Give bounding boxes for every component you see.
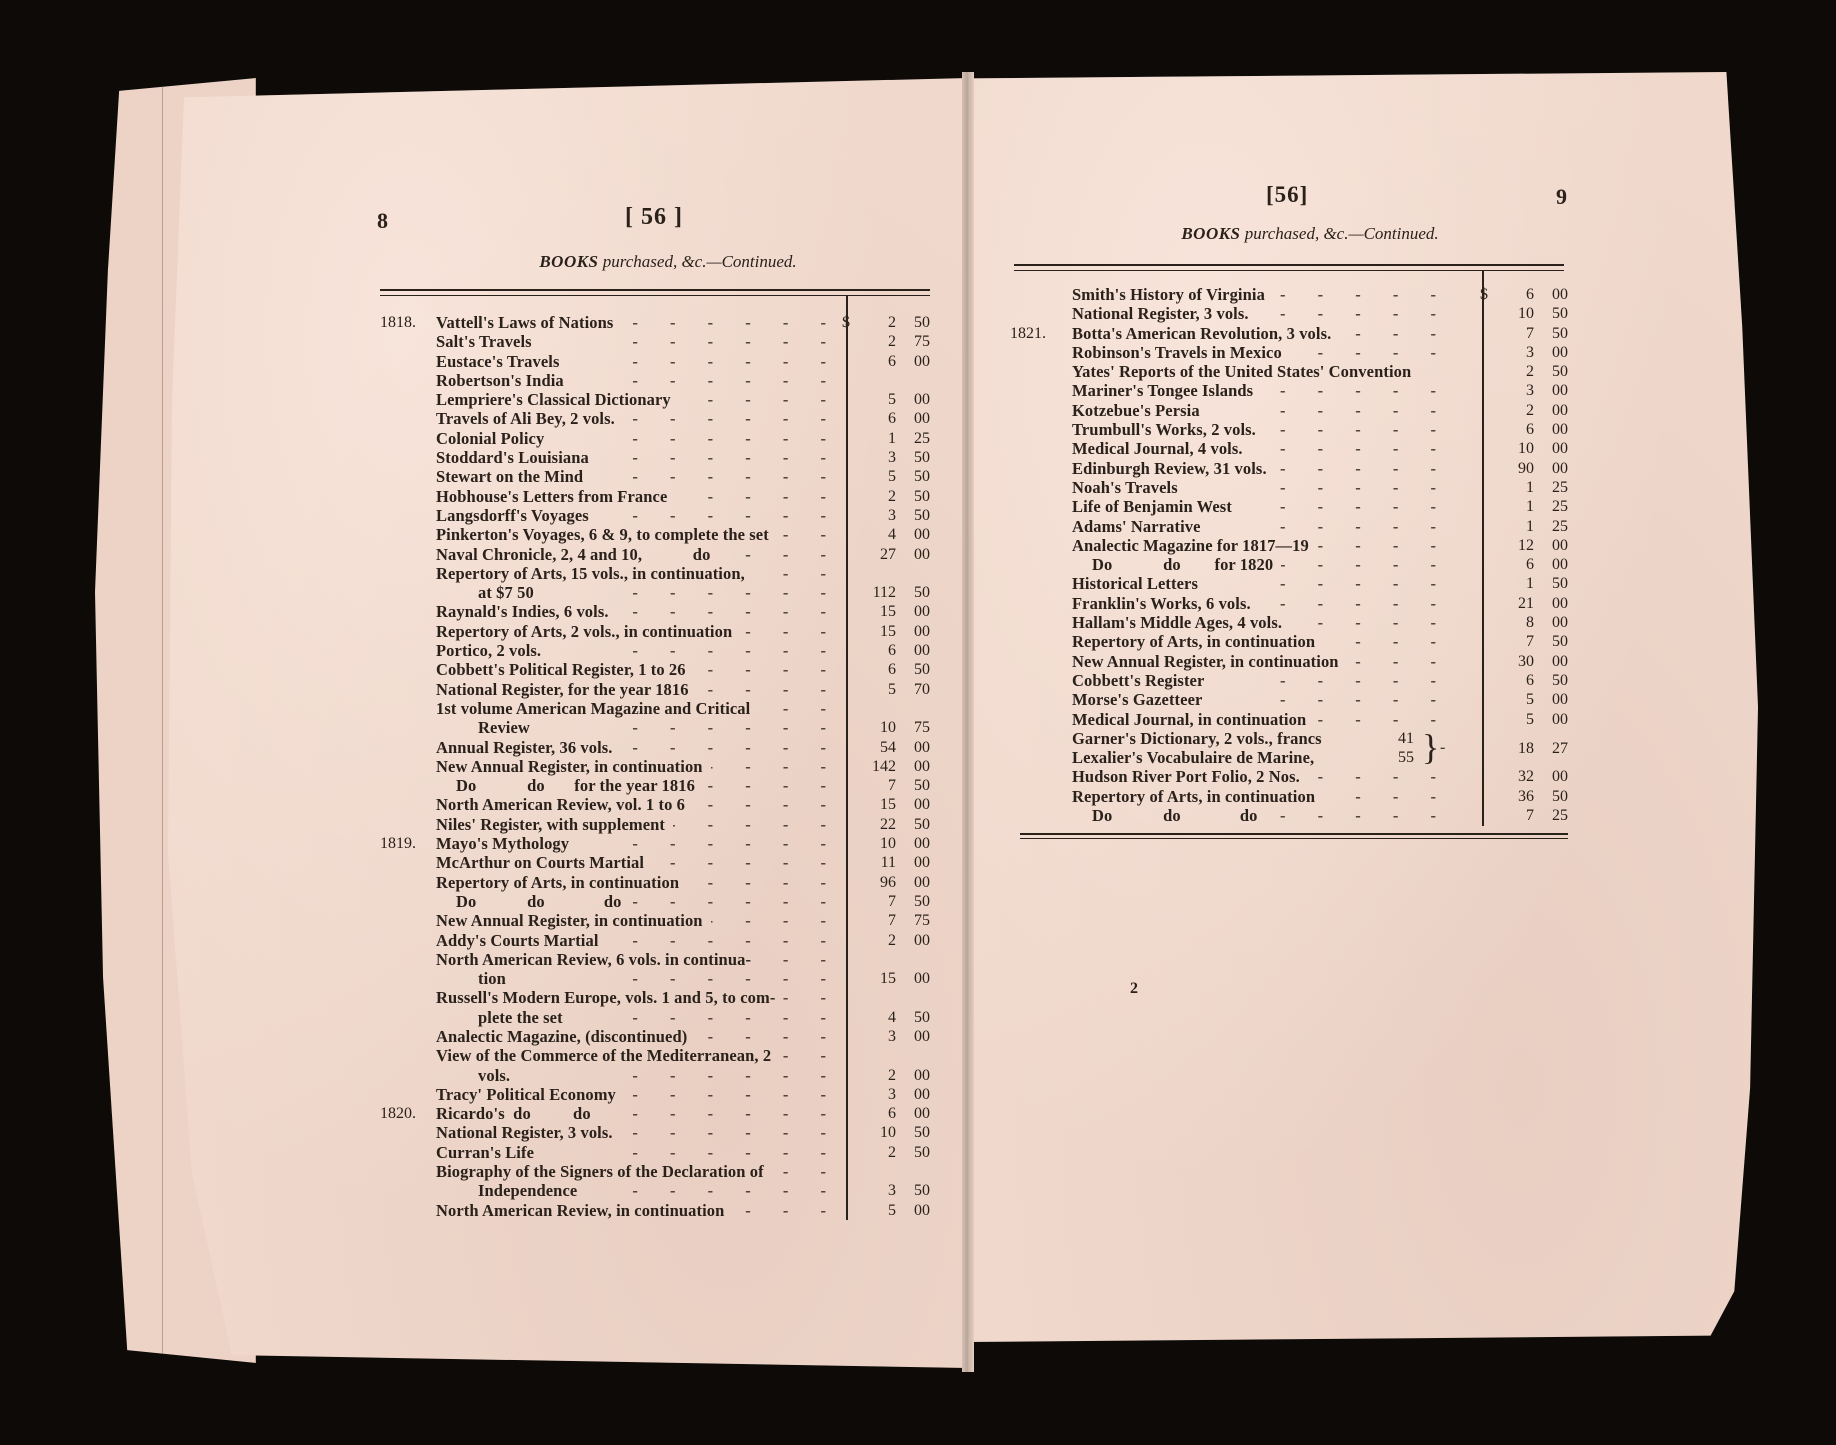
entry-title: tion	[436, 969, 506, 988]
price-cents: 00	[896, 390, 930, 409]
price-dollars: 3	[856, 1085, 896, 1104]
entry-price: 2250	[856, 815, 930, 834]
leader-dashes: - - - - - - -	[1257, 304, 1450, 323]
table-row: Historical Letters- - - - - - -150	[1010, 574, 1580, 593]
price-cents: 75	[896, 911, 930, 930]
leader-dashes: - - - - - - -	[1290, 613, 1450, 632]
entry-price: 9000	[1494, 459, 1568, 478]
right-document-number: [56]	[1266, 182, 1308, 208]
table-row: Hobhouse's Letters from France- - - - - …	[380, 487, 930, 506]
leader-dashes: - - - - - - -	[779, 1046, 840, 1065]
leader-dashes: - - - - - - -	[630, 641, 840, 660]
price-dollars: 8	[1494, 613, 1534, 632]
entry-price: 1000	[1494, 439, 1568, 458]
table-row: Repertory of Arts, in continuation- - - …	[1010, 632, 1580, 651]
entry-price: 2100	[1494, 594, 1568, 613]
entry-price: 1050	[1494, 304, 1568, 323]
price-cents: 00	[896, 409, 930, 428]
leader-dashes: - - - - - - -	[1275, 459, 1450, 478]
entry-price: 200	[1494, 401, 1568, 420]
entry-price: 1827	[1494, 739, 1568, 758]
table-row: Do do for the year 1816- - - - - - -750	[380, 776, 930, 795]
brace-icon: }	[1422, 729, 1439, 765]
price-cents: 00	[896, 1066, 930, 1085]
entry-price: 200	[856, 1066, 930, 1085]
table-row: Stoddard's Louisiana- - - - - - -350	[380, 448, 930, 467]
leader-dashes: - - - - - - -	[694, 660, 840, 679]
leader-dashes: - - - - - - -	[1250, 401, 1450, 420]
leader-dashes: - - - - - - -	[630, 718, 840, 737]
signature-mark: 2	[1130, 980, 1138, 998]
table-row: Adams' Narrative- - - - - - -125	[1010, 517, 1580, 536]
leader-dashes: - - - - - - -	[1347, 652, 1450, 671]
entry-price: 11250	[856, 583, 930, 602]
entry-price: 500	[1494, 690, 1568, 709]
entry-title: Biography of the Signers of the Declarat…	[436, 1162, 764, 1181]
price-dollars: 15	[856, 795, 896, 814]
price-cents: 00	[1534, 555, 1568, 574]
entry-price: 350	[856, 506, 930, 525]
price-dollars: 30	[1494, 652, 1534, 671]
leader-dashes: - - - - - - -	[630, 583, 840, 602]
price-cents: 50	[896, 776, 930, 795]
entry-title: Annual Register, 36 vols.	[436, 738, 613, 757]
table-row: Addy's Courts Martial- - - - - - -200	[380, 931, 930, 950]
price-cents: 00	[896, 1027, 930, 1046]
entry-title: Analectic Magazine, (discontinued)	[436, 1027, 687, 1046]
entry-title: Russell's Modern Europe, vols. 1 and 5, …	[436, 988, 775, 1007]
entry-title: Yates' Reports of the United States' Con…	[1072, 362, 1411, 381]
entry-title: Raynald's Indies, 6 vols.	[436, 602, 609, 621]
heading-rest: purchased, &c.—Continued.	[603, 252, 797, 271]
leader-dashes: - - - - - - -	[697, 680, 840, 699]
entry-price: 250	[856, 1143, 930, 1162]
price-cents: 50	[1534, 632, 1568, 651]
entry-title: 1st volume American Magazine and Critica…	[436, 699, 750, 718]
entry-title: Review	[436, 718, 530, 737]
price-cents: 00	[896, 757, 930, 776]
price-dollars: 7	[1494, 632, 1534, 651]
left-ledger-table: 1818.Vattell's Laws of Nations- - - - - …	[380, 313, 930, 1220]
leader-dashes: - - - - - - -	[630, 834, 840, 853]
price-dollars: 54	[856, 738, 896, 757]
price-cents: 50	[896, 487, 930, 506]
price-dollars: 1	[856, 429, 896, 448]
table-row: Noah's Travels- - - - - - -125	[1010, 478, 1580, 497]
price-cents: 50	[1534, 787, 1568, 806]
price-dollars: 1	[1494, 574, 1534, 593]
entry-price: 1500	[856, 969, 930, 988]
entry-price: 600	[856, 409, 930, 428]
table-row: Portico, 2 vols.- - - - - - -600	[380, 641, 930, 660]
francs-amount: 55	[1398, 748, 1414, 767]
entry-title: at $7 50	[436, 583, 534, 602]
price-cents: 50	[1534, 574, 1568, 593]
leader-dashes: - - - - - - -	[630, 371, 840, 390]
table-row: Independence- - - - - - -350	[380, 1181, 930, 1200]
price-cents: 25	[1534, 517, 1568, 536]
leader-dashes: - - - - - - -	[1323, 632, 1450, 651]
entry-price: 775	[856, 911, 930, 930]
leader-dashes: - - - - - - -	[1250, 478, 1450, 497]
table-row: North American Review, 6 vols. in contin…	[380, 950, 930, 969]
entry-title: Medical Journal, 4 vols.	[1072, 439, 1243, 458]
entry-year: 1818.	[380, 313, 436, 332]
price-cents: 50	[1534, 304, 1568, 323]
entry-price: 2700	[856, 545, 930, 564]
price-cents: 00	[896, 795, 930, 814]
leader-dashes: - - - - - - -	[675, 487, 840, 506]
price-cents: 00	[896, 545, 930, 564]
entry-price: 1200	[1494, 536, 1568, 555]
price-cents: 00	[896, 873, 930, 892]
entry-title: Botta's American Revolution, 3 vols.	[1072, 324, 1331, 343]
price-cents: 50	[1534, 671, 1568, 690]
entry-price: 570	[856, 680, 930, 699]
entry-price: 14200	[856, 757, 930, 776]
table-row: Langsdorff's Voyages- - - - - - -350	[380, 506, 930, 525]
table-row: Cobbett's Political Register, 1 to 26- -…	[380, 660, 930, 679]
leader-dashes: - - - - - - -	[695, 1027, 840, 1046]
entry-title: Repertory of Arts, in continuation	[1072, 787, 1315, 806]
entry-price: 250	[1494, 362, 1568, 381]
price-dollars: 5	[1494, 710, 1534, 729]
leader-dashes: - - - - - - -	[1314, 710, 1450, 729]
table-row: Yates' Reports of the United States' Con…	[1010, 362, 1580, 381]
leader-dashes: - - - - - - -	[630, 738, 840, 757]
entry-title: plete the set	[436, 1008, 563, 1027]
entry-price: 400	[856, 525, 930, 544]
francs-amount: 41	[1398, 729, 1414, 748]
leader-dashes: - - - - - - -	[630, 931, 840, 950]
entry-price: 550	[856, 467, 930, 486]
price-cents: 25	[896, 429, 930, 448]
table-row: Trumbull's Works, 2 vols.- - - - - - -60…	[1010, 420, 1580, 439]
entry-price: 3650	[1494, 787, 1568, 806]
entry-title: Eustace's Travels	[436, 352, 559, 371]
heading-rest: purchased, &c.—Continued.	[1245, 224, 1439, 243]
table-row: Kotzebue's Persia- - - - - - -200	[1010, 401, 1580, 420]
leader-dashes: - - - - - - -	[630, 448, 840, 467]
leader-dashes: - - - - - - -	[740, 622, 840, 641]
table-row: Raynald's Indies, 6 vols.- - - - - - -15…	[380, 602, 930, 621]
price-cents: 25	[1534, 806, 1568, 825]
leader-dashes: - - - - - - -	[630, 313, 840, 332]
entry-price: 300	[1494, 343, 1568, 362]
entry-price: 600	[856, 1104, 930, 1123]
entry-title: Portico, 2 vols.	[436, 641, 541, 660]
entry-title: Life of Benjamin West	[1072, 497, 1232, 516]
table-row: National Register, for the year 1816- - …	[380, 680, 930, 699]
dollar-sign: $	[1480, 286, 1488, 303]
price-dollars: 10	[1494, 439, 1534, 458]
leader-dashes: - - - - - - -	[630, 332, 840, 351]
table-row: Tracy' Political Economy- - - - - - -300	[380, 1085, 930, 1104]
price-dollars: 112	[856, 583, 896, 602]
table-row: McArthur on Courts Martial- - - - - - -1…	[380, 853, 930, 872]
price-dollars: 6	[856, 352, 896, 371]
price-dollars: 7	[856, 911, 896, 930]
price-dollars: 15	[856, 622, 896, 641]
entry-title: Independence	[436, 1181, 577, 1200]
price-dollars: 15	[856, 602, 896, 621]
entry-title: Hudson River Port Folio, 2 Nos.	[1072, 767, 1300, 786]
entry-title: National Register, for the year 1816	[436, 680, 689, 699]
price-dollars: 10	[856, 1123, 896, 1142]
entry-title: North American Review, in continuation	[436, 1201, 724, 1220]
table-row: vols.- - - - - - -200	[380, 1066, 930, 1085]
price-cents: 50	[896, 1181, 930, 1200]
entry-price: 750	[1494, 632, 1568, 651]
table-row: Robinson's Travels in Mexico- - - - - - …	[1010, 343, 1580, 362]
left-page-number: 8	[377, 208, 388, 234]
price-cents: 50	[896, 506, 930, 525]
entry-price: 750	[856, 776, 930, 795]
entry-title: Mayo's Mythology	[436, 834, 569, 853]
price-cents: 50	[896, 1123, 930, 1142]
price-cents: 00	[896, 641, 930, 660]
entry-price: 1000	[856, 834, 930, 853]
entry-title: Do do for 1820	[1072, 555, 1273, 574]
leader-dashes: - - - - - - -	[630, 1181, 840, 1200]
leader-dashes: - - - - - - -	[1250, 497, 1450, 516]
leader-dashes: - - - - - - -	[1273, 285, 1450, 304]
leader-dashes: - - - - - - -	[777, 525, 840, 544]
leader-dashes: - - - - - - -	[1265, 806, 1450, 825]
entry-price: 725	[1494, 806, 1568, 825]
entry-title: Lexalier's Vocabulaire de Marine,	[1072, 748, 1314, 767]
entry-title: Hallam's Middle Ages, 4 vols.	[1072, 613, 1282, 632]
leader-dashes: - - - - - - -	[630, 409, 840, 428]
table-row: 1st volume American Magazine and Critica…	[380, 699, 930, 718]
table-row: Medical Journal, 4 vols.- - - - - - -100…	[1010, 439, 1580, 458]
entry-price: 600	[1494, 555, 1568, 574]
entry-price: 600	[856, 641, 930, 660]
table-row: Lempriere's Classical Dictionary- - - - …	[380, 390, 930, 409]
price-dollars: 4	[856, 525, 896, 544]
price-cents: 25	[1534, 478, 1568, 497]
book-gutter	[962, 72, 974, 1372]
leader-dashes: - - - - - - -	[1323, 787, 1450, 806]
price-dollars: 6	[856, 1104, 896, 1123]
table-row: Smith's History of Virginia- - - - - - -…	[1010, 285, 1580, 304]
price-dollars: 1	[1494, 517, 1534, 536]
price-dollars: 6	[1494, 285, 1534, 304]
table-row: Cobbett's Register- - - - - - -650	[1010, 671, 1580, 690]
table-row: Repertory of Arts, 15 vols., in continua…	[380, 564, 930, 583]
table-row: Hudson River Port Folio, 2 Nos.- - - - -…	[1010, 767, 1580, 786]
price-dollars: 7	[1494, 324, 1534, 343]
entry-price: 125	[1494, 478, 1568, 497]
entry-title: Garner's Dictionary, 2 vols., francs	[1072, 729, 1322, 748]
entry-title: Robinson's Travels in Mexico	[1072, 343, 1282, 362]
leader-dashes: - - - - - - -	[630, 1104, 840, 1123]
price-cents: 00	[1534, 459, 1568, 478]
entry-title: Cobbett's Register	[1072, 671, 1204, 690]
price-cents: 00	[896, 1201, 930, 1220]
entry-title: Ricardo's do do	[436, 1104, 591, 1123]
price-dollars: 32	[1494, 767, 1534, 786]
price-dollars: 18	[1494, 739, 1534, 758]
entry-title: Curran's Life	[436, 1143, 534, 1162]
leader-dashes: - - - - - - -	[703, 776, 840, 795]
entry-title: Robertson's India	[436, 371, 564, 390]
price-cents: 00	[1534, 343, 1568, 362]
price-dollars: 7	[856, 892, 896, 911]
price-cents: 50	[896, 313, 930, 332]
entry-title: Do do do	[436, 892, 621, 911]
price-dollars: 7	[1494, 806, 1534, 825]
entry-price: 150	[1494, 574, 1568, 593]
entry-price: 300	[856, 1085, 930, 1104]
entry-price	[856, 950, 930, 969]
entry-price	[856, 1162, 930, 1181]
entry-title: Repertory of Arts, 2 vols., in continuat…	[436, 622, 732, 641]
price-dollars: 5	[856, 467, 896, 486]
leader-dashes: -	[1440, 739, 1459, 757]
price-cents: 00	[1534, 594, 1568, 613]
price-dollars: 10	[856, 718, 896, 737]
price-dollars: 36	[1494, 787, 1534, 806]
entry-title: Repertory of Arts, 15 vols., in continua…	[436, 564, 745, 583]
table-row: Niles' Register, with supplement- - - - …	[380, 815, 930, 834]
price-dollars: 5	[856, 390, 896, 409]
table-row: Annual Register, 36 vols.- - - - - - -54…	[380, 738, 930, 757]
price-dollars: 5	[856, 680, 896, 699]
table-row: Repertory of Arts, 2 vols., in continuat…	[380, 622, 930, 641]
leader-dashes: - - - - - - -	[783, 988, 840, 1007]
table-row: Naval Chronicle, 2, 4 and 10, do- - - - …	[380, 545, 930, 564]
table-row: Edinburgh Review, 31 vols.- - - - - - -9…	[1010, 459, 1580, 478]
entry-price: 750	[856, 892, 930, 911]
price-cents: 00	[1534, 767, 1568, 786]
table-row: Do do do- - - - - - -725	[1010, 806, 1580, 825]
leader-dashes: - - - - - - -	[687, 873, 840, 892]
price-dollars: 2	[856, 313, 896, 332]
entry-title: Analectic Magazine for 1817—19	[1072, 536, 1309, 555]
entry-price: 500	[1494, 710, 1568, 729]
table-row: Repertory of Arts, in continuation- - - …	[1010, 787, 1580, 806]
entry-title: North American Review, vol. 1 to 6	[436, 795, 685, 814]
entry-year: 1819.	[380, 834, 436, 853]
entry-year: 1820.	[380, 1104, 436, 1123]
price-cents: 00	[896, 931, 930, 950]
entry-price: $250	[842, 313, 930, 332]
price-cents: 00	[1534, 401, 1568, 420]
entry-price: 650	[856, 660, 930, 679]
entry-price	[856, 1046, 930, 1065]
entry-title: Colonial Policy	[436, 429, 544, 448]
leader-dashes: - - - - - - -	[630, 1143, 840, 1162]
leader-dashes: - - - - - - -	[1250, 517, 1450, 536]
price-cents: 50	[1534, 362, 1568, 381]
heading-caps: BOOKS	[1181, 224, 1240, 243]
price-cents: 00	[1534, 710, 1568, 729]
table-row: Analectic Magazine, (discontinued)- - - …	[380, 1027, 930, 1046]
entry-price: 600	[1494, 420, 1568, 439]
table-row: 1819.Mayo's Mythology- - - - - - -1000	[380, 834, 930, 853]
table-row: Do do for 1820- - - - - - -600	[1010, 555, 1580, 574]
entry-price: 1500	[856, 602, 930, 621]
leader-dashes: - - - - - - -	[652, 853, 840, 872]
price-cents: 00	[896, 1085, 930, 1104]
table-row: Morse's Gazetteer- - - - - - -500	[1010, 690, 1580, 709]
table-row: Travels of Ali Bey, 2 vols.- - - - - - -…	[380, 409, 930, 428]
table-row: Salt's Travels- - - - - - -275	[380, 332, 930, 351]
entry-price: 600	[856, 352, 930, 371]
leader-dashes: - - - - - - -	[679, 390, 840, 409]
entry-title: Salt's Travels	[436, 332, 532, 351]
leader-dashes: - - - - - - -	[1339, 324, 1450, 343]
left-document-number: [ 56 ]	[625, 204, 683, 231]
entry-price: 200	[856, 931, 930, 950]
right-page-heading: BOOKS purchased, &c.—Continued.	[1020, 224, 1600, 244]
price-dollars: 3	[1494, 343, 1534, 362]
price-cents: 00	[1534, 652, 1568, 671]
price-dollars: 2	[1494, 362, 1534, 381]
price-cents: 75	[896, 332, 930, 351]
entry-title: Tracy' Political Economy	[436, 1085, 616, 1104]
entry-title: Medical Journal, in continuation	[1072, 710, 1306, 729]
leader-dashes: - - - - - - -	[630, 892, 840, 911]
price-cents: 50	[896, 1143, 930, 1162]
entry-title: Stoddard's Louisiana	[436, 448, 589, 467]
price-dollars: 5	[1494, 690, 1534, 709]
table-row: View of the Commerce of the Mediterranea…	[380, 1046, 930, 1065]
price-cents: 50	[896, 583, 930, 602]
table-row: New Annual Register, in continuation- - …	[380, 757, 930, 776]
entry-title: National Register, 3 vols.	[436, 1123, 613, 1142]
heading-caps: BOOKS	[539, 252, 598, 271]
entry-title: North American Review, 6 vols. in contin…	[436, 950, 751, 969]
entry-title: Edinburgh Review, 31 vols.	[1072, 459, 1267, 478]
leader-dashes: - - - - - - -	[1281, 555, 1450, 574]
price-dollars: 21	[1494, 594, 1534, 613]
table-row: Russell's Modern Europe, vols. 1 and 5, …	[380, 988, 930, 1007]
price-dollars: 7	[856, 776, 896, 795]
entry-price: 750	[1494, 324, 1568, 343]
price-dollars: 27	[856, 545, 896, 564]
leader-dashes: - - - - - - -	[630, 1123, 840, 1142]
leader-dashes: - - - - - - -	[1250, 690, 1450, 709]
price-dollars: 2	[856, 1066, 896, 1085]
table-row: Review- - - - - - -1075	[380, 718, 930, 737]
table-row: National Register, 3 vols.- - - - - - -1…	[380, 1123, 930, 1142]
leader-dashes: - - - - - - -	[673, 815, 840, 834]
table-row: National Register, 3 vols.- - - - - - -1…	[1010, 304, 1580, 323]
leader-dashes: - - - - - - -	[630, 506, 840, 525]
leader-dashes: - - - - - - -	[1250, 671, 1450, 690]
price-dollars: 3	[856, 1027, 896, 1046]
table-row: Biography of the Signers of the Declarat…	[380, 1162, 930, 1181]
table-row: Robertson's India- - - - - - -	[380, 371, 930, 390]
entry-title: Stewart on the Mind	[436, 467, 583, 486]
table-row: Pinkerton's Voyages, 6 & 9, to complete …	[380, 525, 930, 544]
entry-title: Cobbett's Political Register, 1 to 26	[436, 660, 686, 679]
entry-title: Kotzebue's Persia	[1072, 401, 1200, 420]
price-dollars: 11	[856, 853, 896, 872]
entry-price: 3200	[1494, 767, 1568, 786]
leader-dashes: - - - - - - -	[772, 1162, 840, 1181]
entry-price: 300	[856, 1027, 930, 1046]
leader-dashes: - - - - - - -	[1261, 381, 1450, 400]
entry-title: Smith's History of Virginia	[1072, 285, 1265, 304]
price-cents: 00	[896, 352, 930, 371]
entry-price: 250	[856, 487, 930, 506]
price-dollars: 2	[856, 332, 896, 351]
dollar-sign: $	[842, 314, 850, 331]
price-dollars: 6	[1494, 555, 1534, 574]
